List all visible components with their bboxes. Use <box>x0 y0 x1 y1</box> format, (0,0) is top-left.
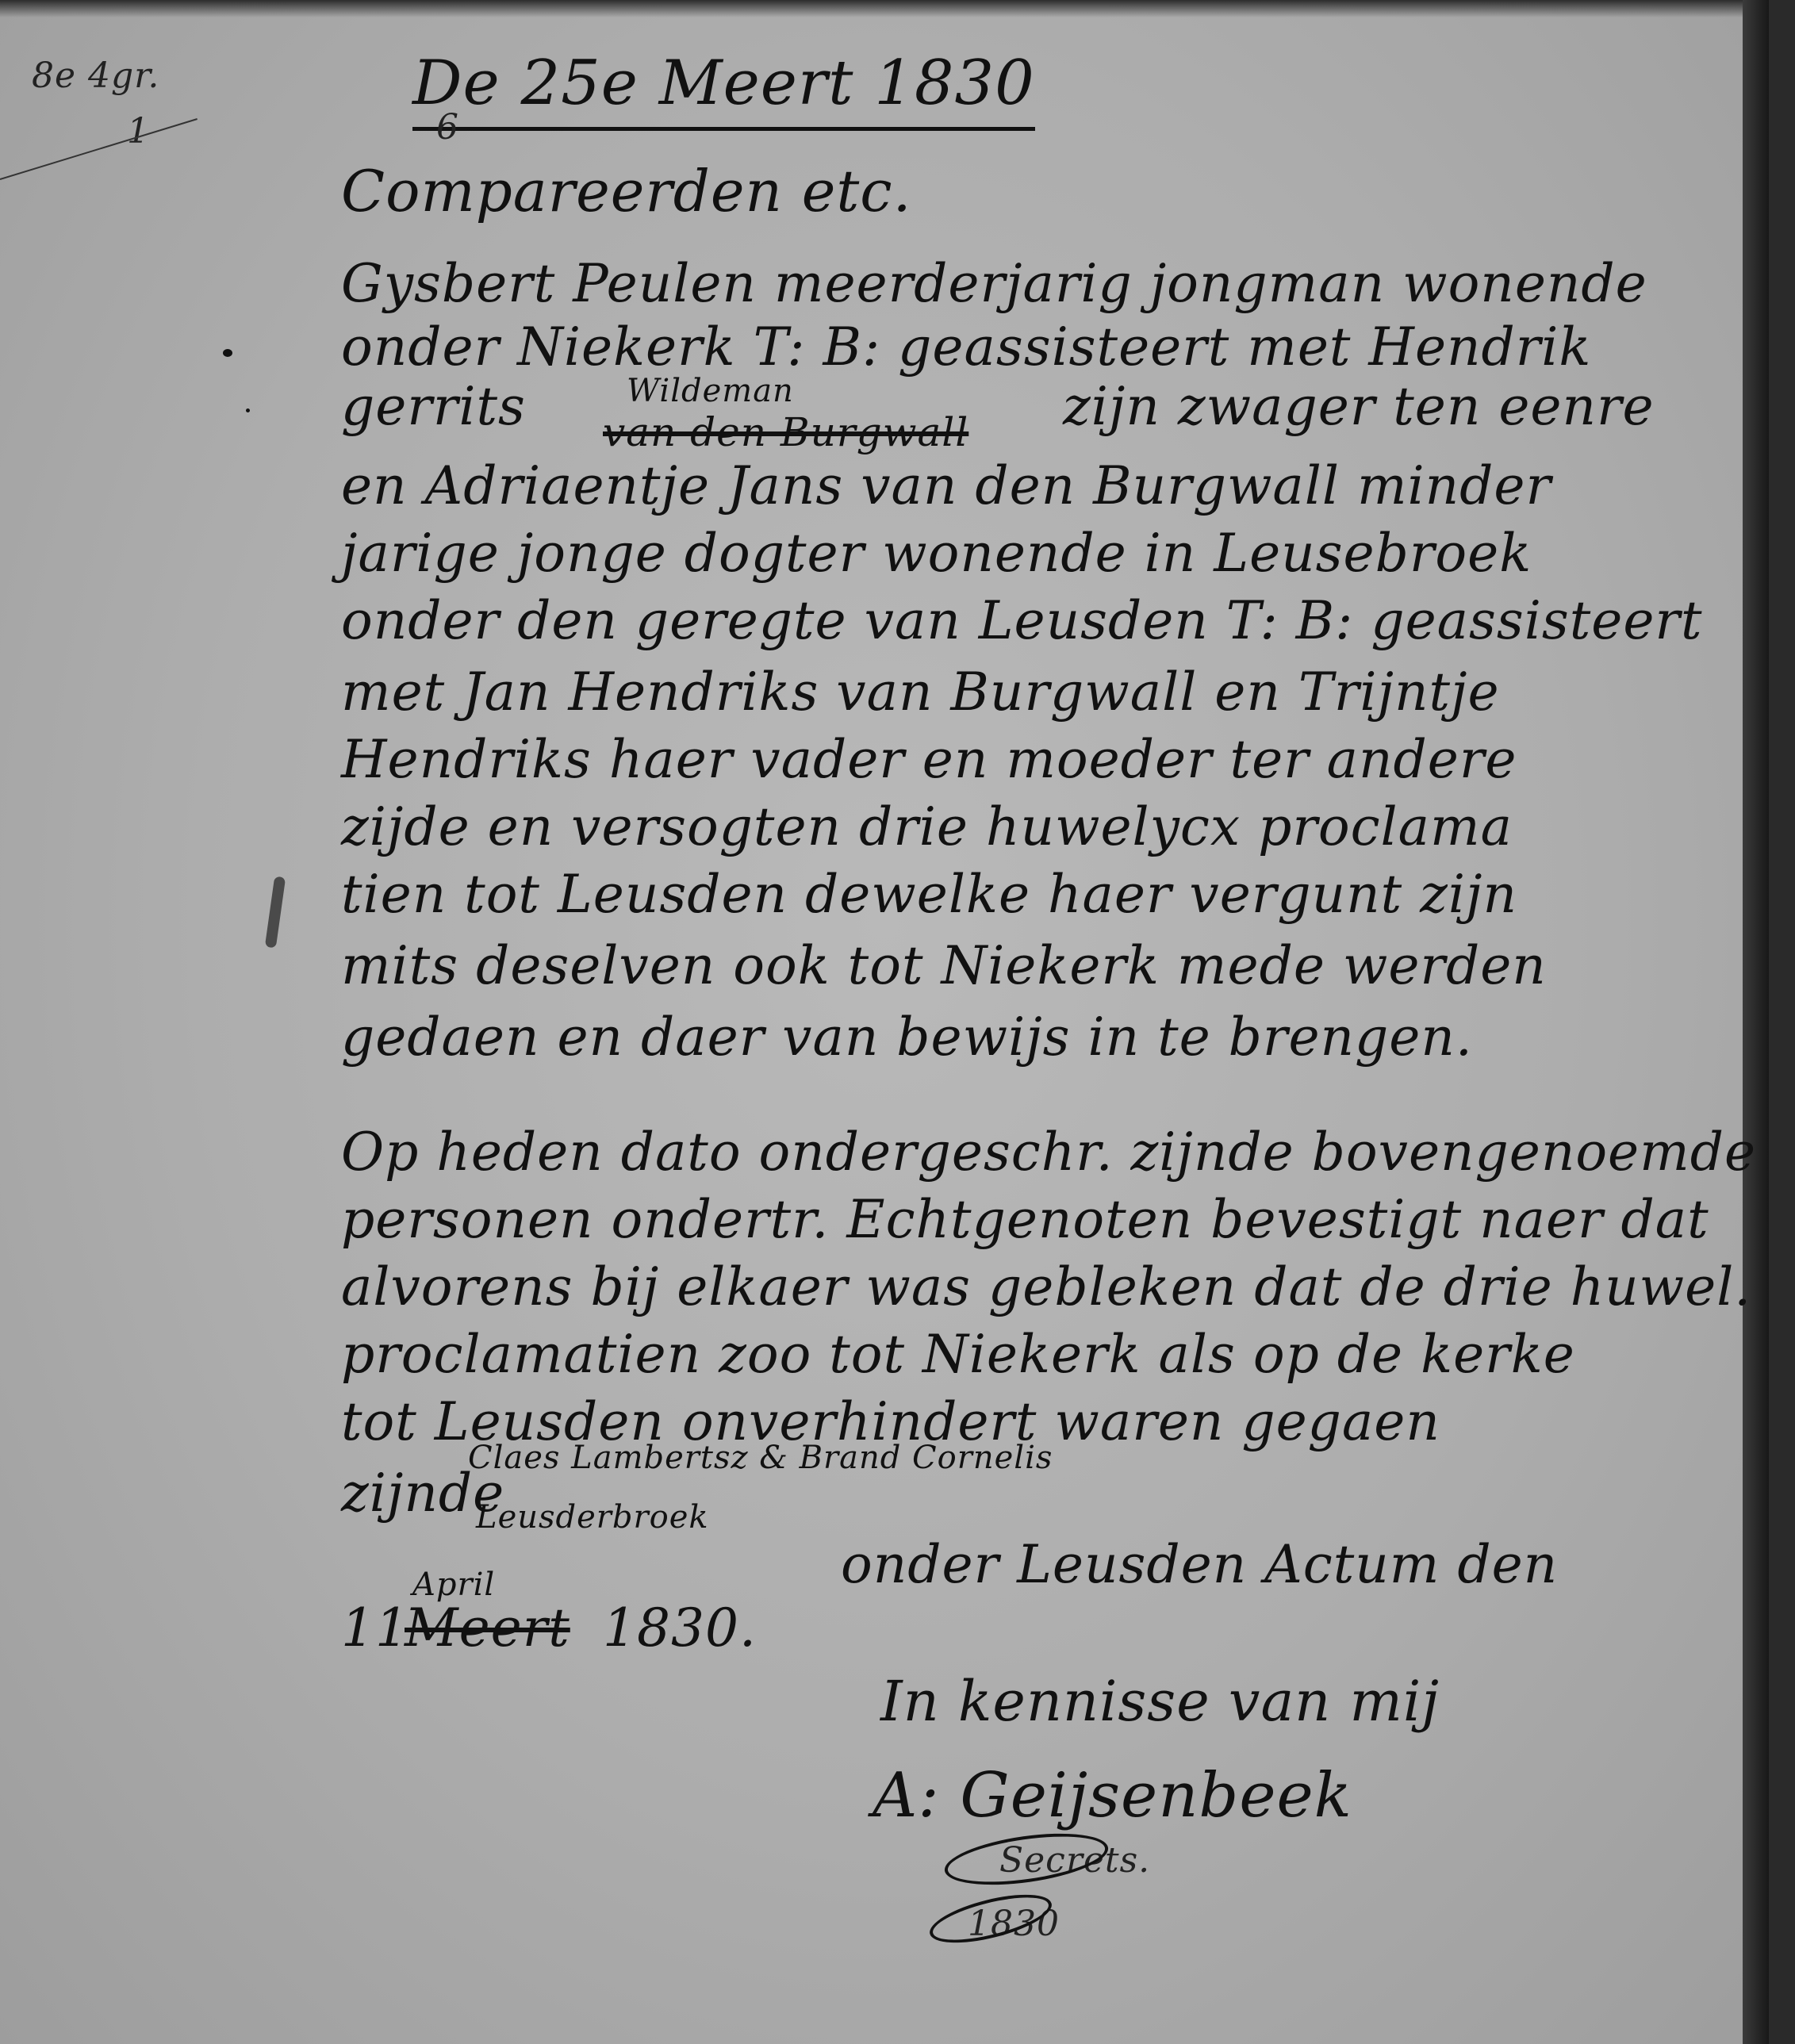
body-line-3a: gerrits <box>341 381 526 433</box>
ink-spot <box>223 349 232 357</box>
signature-flourish <box>942 1825 1111 1893</box>
heading-date-sub: 6 <box>436 107 459 148</box>
page-binding-edge <box>1743 0 1769 2044</box>
body-line-5: jarige jonge dogter wonende in Leusebroe… <box>341 527 1532 580</box>
body-line-8: Hendriks haer vader en moeder ter andere <box>341 734 1517 786</box>
body-line-11: mits deselven ook tot Niekerk mede werde… <box>341 940 1547 992</box>
cert-line-4: proclamatien zoo tot Niekerk als op de k… <box>341 1329 1575 1381</box>
scan-top-shadow <box>0 0 1769 17</box>
body-line-7: met Jan Hendriks van Burgwall en Trijntj… <box>341 666 1500 719</box>
witness-names: Claes Lambertsz & Brand Cornelis <box>468 1440 1053 1476</box>
body-line-4: en Adriaentje Jans van den Burgwall mind… <box>341 460 1551 512</box>
body-line-1: Gysbert Peulen meerderjarig jongman wone… <box>341 258 1647 310</box>
cert-line-3: alvorens bij elkaer was gebleken dat de … <box>341 1261 1751 1313</box>
body-line-6: onder den geregte van Leusden T: B: geas… <box>341 595 1702 647</box>
body-line-3b: zijn zwager ten eenre <box>1063 381 1655 433</box>
body-line-9: zijde en versogten drie huwelycx proclam… <box>341 801 1513 853</box>
ink-smudge <box>265 876 286 948</box>
body-line-12: gedaen en daer van bewijs in te brengen. <box>341 1011 1473 1064</box>
cert-day: 11 <box>341 1602 409 1655</box>
cert-line-7: onder Leusden Actum den <box>841 1539 1558 1591</box>
body-line-2: onder Niekerk T: B: geassisteert met Hen… <box>341 321 1591 374</box>
margin-stroke <box>0 118 198 180</box>
margin-note-sub: 1 <box>127 111 150 151</box>
heading-date: De 25e Meert 1830 <box>412 48 1035 131</box>
struck-surname: van den Burgwall <box>603 412 968 452</box>
cert-year: 1830. <box>603 1602 757 1655</box>
opening-word: Compareerden etc. <box>341 163 912 220</box>
ink-speck <box>246 408 250 412</box>
signature: A: Geijsenbeek <box>873 1765 1352 1827</box>
cert-line-2: personen ondertr. Echtgenoten bevestigt … <box>341 1194 1709 1246</box>
body-line-10: tien tot Leusden dewelke haer vergunt zi… <box>341 869 1517 921</box>
margin-note: 8e 4gr. <box>32 56 159 96</box>
inserted-place: Leusderbroek <box>476 1499 709 1536</box>
register-page: 8e 4gr. 1 De 25e Meert 1830 6 Compareerd… <box>0 0 1769 2044</box>
struck-month: Meert <box>405 1602 570 1655</box>
closing-phrase: In kennisse van mij <box>880 1674 1440 1729</box>
cert-line-1: Op heden dato ondergeschr. zijnde boveng… <box>341 1126 1756 1179</box>
inserted-surname: Wildeman <box>627 373 794 409</box>
